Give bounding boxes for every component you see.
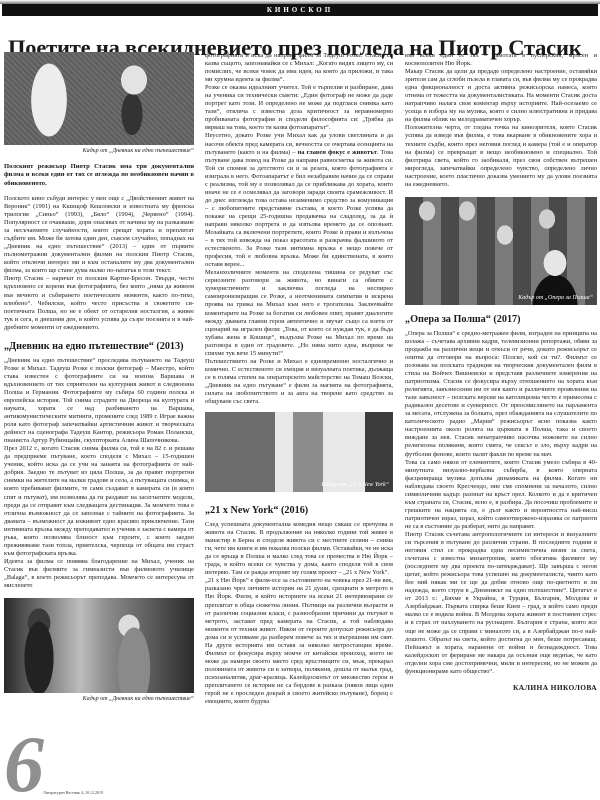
photo-caption: Кадър от „21 x New York“	[321, 481, 389, 489]
paragraph: Това са само някои от елементите, които …	[405, 459, 597, 531]
bold-text-run: на главен фокус е животът	[298, 149, 377, 156]
subheading-opera: „Опера за Полша“ (2017)	[405, 313, 597, 326]
section-label: КИНОСКОП	[0, 4, 600, 16]
paragraph: „Дневник на едно пътешествие“ проследява…	[4, 357, 194, 446]
paragraph: Пиотр Стасик съчетава антропологичните с…	[405, 531, 597, 676]
paragraph: Полското кино събуди интерес у мен още с…	[4, 195, 194, 275]
text-run: . Това пътуване дава повод на Розке да н…	[205, 149, 393, 269]
subheading-new-york: „21 x New York“ (2016)	[205, 504, 393, 517]
author-byline: КАЛИНА НИКОЛОВА	[405, 684, 597, 692]
photo-caption: Кадър от „Дневник на едно пътешествие“	[4, 695, 194, 703]
paragraph: Пътешествието на Розке и Михал е едновре…	[205, 358, 393, 406]
paragraph: фотографията и иска да направи филм за Т…	[205, 52, 393, 84]
paragraph: Неусетно, докато Розке учи Михал как да …	[205, 132, 393, 269]
paragraph: Пиотр Стасик – наричат го полския Картие…	[4, 275, 194, 331]
photo-figures-on-grass	[4, 52, 194, 145]
column-2: фотографията и иска да направи филм за Т…	[205, 52, 393, 706]
photo-caption: Кадър от „Дневник на едно пътешествие“	[4, 147, 194, 155]
article-lead: Полският режисьор Пиотр Стасик има три д…	[4, 163, 194, 188]
photo-metro-station: Кадър от „21 x New York“	[205, 412, 393, 492]
paragraph: Положителна черта, от гледна точка на ки…	[405, 124, 597, 188]
page-number: 6	[4, 730, 44, 800]
paragraph: Идеята за филма се появява благодарение …	[4, 558, 194, 590]
photo-caption: Кадър от „Опера за Полша“	[518, 294, 593, 302]
photo-boy-and-old-man	[4, 598, 194, 693]
paragraph: Меланхоличните моменти на споделена тиши…	[205, 269, 393, 358]
paragraph: Макар Стасик да цели да предаде определе…	[405, 68, 597, 124]
column-3: във всеки един от тях – самотата в пусле…	[405, 52, 597, 692]
photo-nuns-group: Кадър от „Опера за Полша“	[405, 197, 597, 305]
folio-line: Литературен Вестник 4–10.12.2019	[43, 790, 103, 795]
paragraph: „Опера за Полша“ е средно-метражен филм,…	[405, 330, 597, 459]
column-1: Кадър от „Дневник на едно пътешествие“ П…	[4, 52, 194, 711]
paragraph: След успешната документална комедия нещо…	[205, 521, 393, 577]
subheading-diary: „Дневник на едно пътешествие“ (2013)	[4, 340, 194, 353]
paragraph: във всеки един от тях – самотата в пусле…	[405, 52, 597, 68]
paragraph: „21 x Ню Йорк“ е филм-есе за състоянието…	[205, 577, 393, 706]
paragraph: През 2012 г., когато Стасик снима филма …	[4, 445, 194, 558]
paragraph: Розке се оказва идеалният учител. Той е …	[205, 84, 393, 132]
